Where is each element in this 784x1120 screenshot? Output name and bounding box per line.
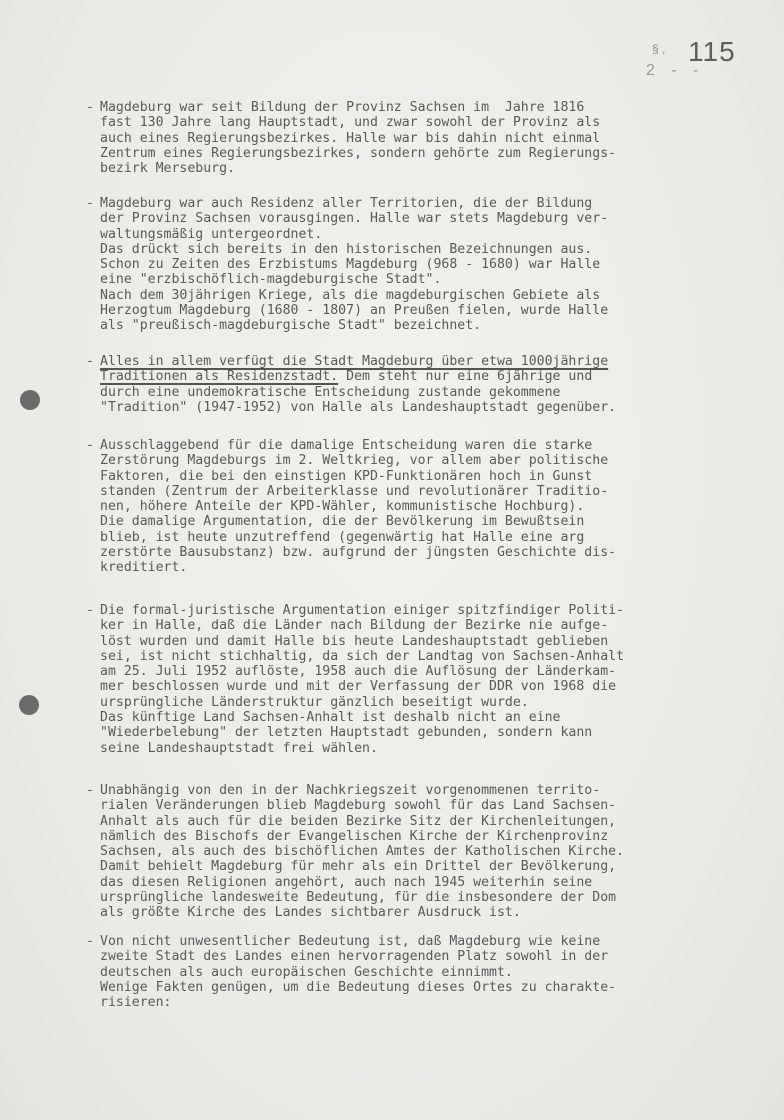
text-line: standen (Zentrum der Arbeiterklasse und …: [100, 484, 616, 499]
bullet-dash: -: [86, 354, 94, 369]
document-page: § , 2 - - 115 -Magdeburg war seit Bildun…: [0, 0, 784, 1120]
text-line: Das drückt sich bereits in den historisc…: [100, 242, 608, 257]
text-line: fast 130 Jahre lang Hauptstadt, und zwar…: [100, 115, 616, 130]
text-line: Schon zu Zeiten des Erzbistums Magdeburg…: [100, 257, 608, 272]
paragraph-body: Magdeburg war auch Residenz aller Territ…: [100, 196, 608, 334]
text-line: Alles in allem verfügt die Stadt Magdebu…: [100, 354, 616, 369]
paragraph-body: Die formal-juristische Argumentation ein…: [100, 603, 624, 756]
text-line: Die formal-juristische Argumentation ein…: [100, 603, 624, 618]
text-line: das diesen Religionen angehört, auch nac…: [100, 875, 624, 890]
text-line: durch eine undemokratische Entscheidung …: [100, 385, 616, 400]
text-line: als "preußisch-magdeburgische Stadt" bez…: [100, 318, 608, 333]
text-line: Von nicht unwesentlicher Bedeutung ist, …: [100, 934, 616, 949]
paragraph-body: Von nicht unwesentlicher Bedeutung ist, …: [100, 934, 616, 1010]
text-line: risieren:: [100, 995, 616, 1010]
text-line: bezirk Merseburg.: [100, 161, 616, 176]
text-line: Magdeburg war seit Bildung der Provinz S…: [100, 100, 616, 115]
text-line: mer beschlossen wurde und mit der Verfas…: [100, 679, 624, 694]
punch-hole-icon: [20, 390, 40, 410]
text-line: Nach dem 30jährigen Kriege, als die magd…: [100, 288, 608, 303]
text-line: nen, höhere Anteile der KPD-Wähler, komm…: [100, 499, 616, 514]
text-line: kreditiert.: [100, 560, 616, 575]
paragraph-body: Alles in allem verfügt die Stadt Magdebu…: [100, 354, 616, 415]
text-line: am 25. Juli 1952 auflöste, 1958 auch die…: [100, 664, 624, 679]
text-line: Das künftige Land Sachsen-Anhalt ist des…: [100, 710, 624, 725]
text-line: "Wiederbelebung" der letzten Hauptstadt …: [100, 725, 624, 740]
text-line: Magdeburg war auch Residenz aller Territ…: [100, 196, 608, 211]
text-line: rialen Veränderungen blieb Magdeburg sow…: [100, 798, 624, 813]
text-line: als größte Kirche des Landes sichtbarer …: [100, 905, 624, 920]
text-line: Unabhängig von den in der Nachkriegszeit…: [100, 783, 624, 798]
text-line: Traditionen als Residenzstadt. Dem steht…: [100, 369, 616, 384]
text-line: der Provinz Sachsen vorausgingen. Halle …: [100, 211, 608, 226]
text-line: Ausschlaggebend für die damalige Entsche…: [100, 438, 616, 453]
punch-hole-icon: [19, 695, 39, 715]
text-line: waltungsmäßig untergeordnet.: [100, 227, 608, 242]
text-line: Wenige Fakten genügen, um die Bedeutung …: [100, 980, 616, 995]
bullet-dash: -: [86, 196, 94, 211]
text-line: zerstörte Bausubstanz) bzw. aufgrund der…: [100, 545, 616, 560]
text-line: sei, ist nicht stichhaltig, da sich der …: [100, 649, 624, 664]
bullet-dash: -: [86, 438, 94, 453]
text-line: "Tradition" (1947-1952) von Halle als La…: [100, 400, 616, 415]
text-line: Die damalige Argumentation, die der Bevö…: [100, 514, 616, 529]
text-line: Herzogtum Magdeburg (1680 - 1807) an Pre…: [100, 303, 608, 318]
text-line: löst wurden und damit Halle bis heute La…: [100, 634, 624, 649]
text-line: eine "erzbischöflich-magdeburgische Stad…: [100, 272, 608, 287]
text-line: Zerstörung Magdeburgs im 2. Weltkrieg, v…: [100, 453, 616, 468]
text-line: Sachsen, als auch des bischöflichen Amte…: [100, 844, 624, 859]
bullet-dash: -: [86, 783, 94, 798]
text-line: Zentrum eines Regierungsbezirkes, sonder…: [100, 146, 616, 161]
text-line: zweite Stadt des Landes einen hervorrage…: [100, 949, 616, 964]
bullet-dash: -: [86, 934, 94, 949]
text-line: auch eines Regierungsbezirkes. Halle war…: [100, 131, 616, 146]
paragraph-body: Magdeburg war seit Bildung der Provinz S…: [100, 100, 616, 176]
text-line: nämlich des Bischofs der Evangelischen K…: [100, 829, 624, 844]
text-line: ker in Halle, daß die Länder nach Bildun…: [100, 618, 624, 633]
paragraph-body: Unabhängig von den in der Nachkriegszeit…: [100, 783, 624, 921]
handwritten-mark: § ,: [652, 42, 665, 56]
text-line: ursprüngliche Länderstruktur gänzlich be…: [100, 695, 624, 710]
text-line: blieb, ist heute unzutreffend (gegenwärt…: [100, 530, 616, 545]
paragraph-body: Ausschlaggebend für die damalige Entsche…: [100, 438, 616, 576]
text-line: Anhalt als auch für die beiden Bezirke S…: [100, 814, 624, 829]
bullet-dash: -: [86, 100, 94, 115]
text-line: Faktoren, die bei den einstigen KPD-Funk…: [100, 469, 616, 484]
text-line: ursprüngliche landesweite Bedeutung, für…: [100, 890, 624, 905]
text-line: Damit behielt Magdeburg für mehr als ein…: [100, 859, 624, 874]
bullet-dash: -: [86, 603, 94, 618]
page-number: 115: [688, 36, 736, 68]
text-line: seine Landeshauptstadt frei wählen.: [100, 741, 624, 756]
text-line: deutschen als auch europäischen Geschich…: [100, 965, 616, 980]
